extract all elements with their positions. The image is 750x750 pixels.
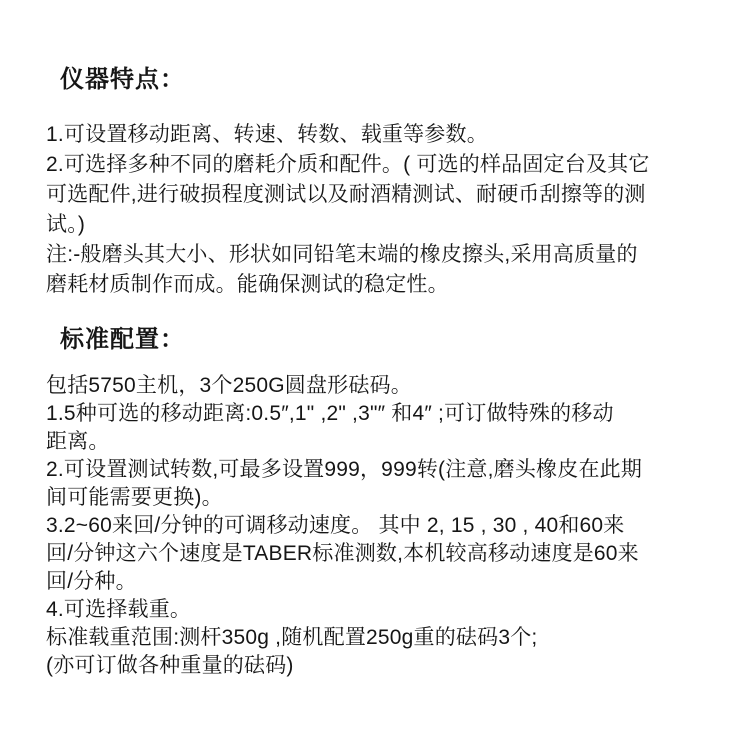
- text-line: 试。): [46, 210, 720, 240]
- text-line: 间可能需要更换)。: [46, 484, 720, 512]
- text-line: 可选配件,进行破损程度测试以及耐酒精测试、耐硬币刮擦等的测: [46, 180, 720, 210]
- standard-configuration-body: 包括5750主机，3个250G圆盘形砝码。 1.5种可选的移动距离:0.5″,1…: [0, 372, 750, 680]
- text-line: 距离。: [46, 428, 720, 456]
- section-standard-configuration: 标准配置： 包括5750主机，3个250G圆盘形砝码。 1.5种可选的移动距离:…: [0, 324, 750, 680]
- text-line: 回/分种。: [46, 568, 720, 596]
- text-line: 磨耗材质制作而成。能确保测试的稳定性。: [46, 270, 720, 300]
- text-line: 标准载重范围:测杆350g ,随机配置250g重的砝码3个;: [46, 624, 720, 652]
- instrument-features-title: 仪器特点：: [0, 64, 750, 96]
- standard-configuration-title: 标准配置：: [0, 324, 750, 356]
- text-line: 2.可选择多种不同的磨耗介质和配件。( 可选的样品固定台及其它: [46, 150, 720, 180]
- section-instrument-features: 仪器特点： 1.可设置移动距离、转速、转数、载重等参数。 2.可选择多种不同的磨…: [0, 64, 750, 300]
- text-line: 包括5750主机，3个250G圆盘形砝码。: [46, 372, 720, 400]
- text-line: 回/分钟这六个速度是TABER标准测数,本机较高移动速度是60来: [46, 540, 720, 568]
- text-line: (亦可订做各种重量的砝码): [46, 652, 720, 680]
- text-line: 3.2~60来回/分钟的可调移动速度。 其中 2, 15 , 30 , 40和6…: [46, 512, 720, 540]
- text-line: 1.可设置移动距离、转速、转数、载重等参数。: [46, 120, 720, 150]
- instrument-features-body: 1.可设置移动距离、转速、转数、载重等参数。 2.可选择多种不同的磨耗介质和配件…: [0, 120, 750, 300]
- product-description-page: 仪器特点： 1.可设置移动距离、转速、转数、载重等参数。 2.可选择多种不同的磨…: [0, 0, 750, 750]
- text-line: 1.5种可选的移动距离:0.5″,1" ,2" ,3"″ 和4″ ;可订做特殊的…: [46, 400, 720, 428]
- text-line: 注:-般磨头其大小、形状如同铅笔末端的橡皮擦头,采用高质量的: [46, 240, 720, 270]
- text-line: 4.可选择载重。: [46, 596, 720, 624]
- text-line: 2.可设置测试转数,可最多设置999，999转(注意,磨头橡皮在此期: [46, 456, 720, 484]
